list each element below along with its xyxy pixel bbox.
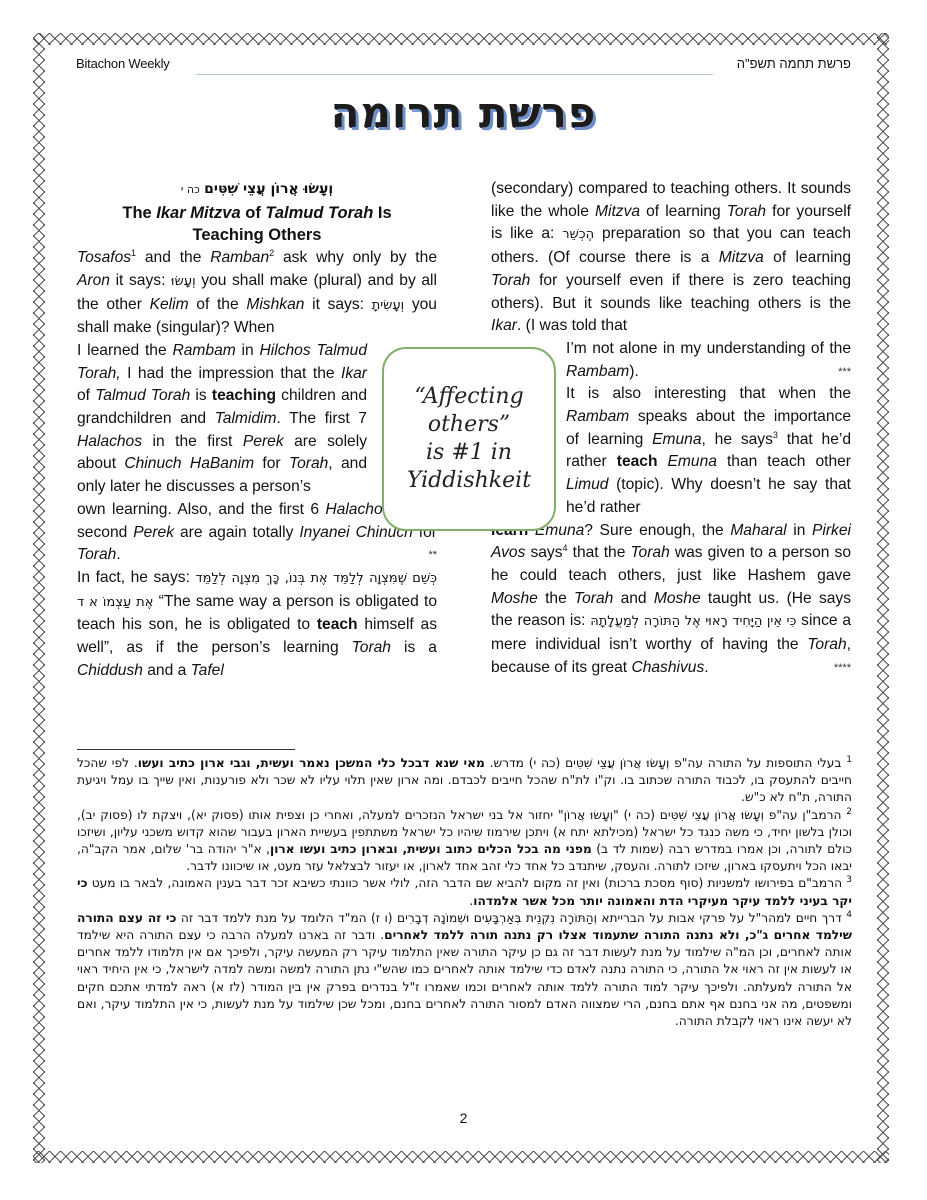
paragraph-8: learn Emuna? Sure enough, the Maharal in…: [491, 520, 851, 680]
footnote-3: 3 הרמב"ם בפירושו למשניות (סוף מסכת ברכות…: [77, 875, 852, 909]
verse-hebrew: וְעָשׂוּ אֲרוֹן עֲצֵי שִׁטִּים: [204, 181, 333, 197]
pull-quote-line: others”: [428, 411, 510, 439]
page-number: 2: [0, 1110, 927, 1126]
pull-quote-line: “Affecting: [414, 383, 523, 411]
verse-line: וְעָשׂוּ אֲרוֹן עֲצֵי שִׁטִּים כה י: [77, 178, 437, 202]
footnotes: 1 בעלי התוספות על התורה עה"פ וְעָשׂוּ אֲ…: [77, 755, 852, 1030]
parsha-date: פרשת תחמה תשפ"ה: [737, 56, 851, 71]
pull-quote-box: “Affecting others” is #1 in Yiddishkeit: [382, 347, 556, 531]
verse-ref: כה י: [181, 183, 200, 196]
section-divider: ****: [834, 657, 851, 680]
pull-quote-line: Yiddishkeit: [407, 467, 531, 495]
headline: The Ikar Mitzva of Talmud Torah IsTeachi…: [77, 202, 437, 247]
paragraph-5: (secondary) compared to teaching others.…: [491, 178, 851, 338]
paragraph-1: Tosafos1 and the Ramban2 ask why only by…: [77, 247, 437, 340]
footnote-2: 2 הרמב"ן עה"פ וְעָשׂוּ אֲרוֹן עֲצֵי שִׁט…: [77, 807, 852, 876]
paragraph-7: It is also interesting that when the Ram…: [566, 383, 851, 519]
border-top: [33, 33, 889, 45]
pull-quote-line: is #1 in: [426, 439, 512, 467]
publication-name: Bitachon Weekly: [76, 56, 170, 71]
border-bottom: [33, 1151, 889, 1163]
paragraph-2: I learned the Rambam in Hilchos Talmud T…: [77, 340, 367, 499]
border-left: [33, 33, 45, 1163]
footnote-separator: [77, 749, 295, 750]
paragraph-6: I’m not alone in my understanding of the…: [566, 338, 851, 383]
section-divider: **: [428, 544, 437, 567]
header-rule: [196, 74, 713, 75]
paragraph-4: In fact, he says: כְּשֵׁם שֶׁמִּצְוָה לְ…: [77, 567, 437, 683]
footnote-4: 4 דרך חיים למהר"ל על פרקי אבות על הבריית…: [77, 910, 852, 1030]
border-right: [877, 33, 889, 1163]
footnote-1: 1 בעלי התוספות על התורה עה"פ וְעָשׂוּ אֲ…: [77, 755, 852, 807]
page-title: פרשת תרומה: [0, 88, 927, 137]
page-header: Bitachon Weekly פרשת תחמה תשפ"ה: [76, 56, 851, 76]
section-divider: ***: [838, 361, 851, 384]
